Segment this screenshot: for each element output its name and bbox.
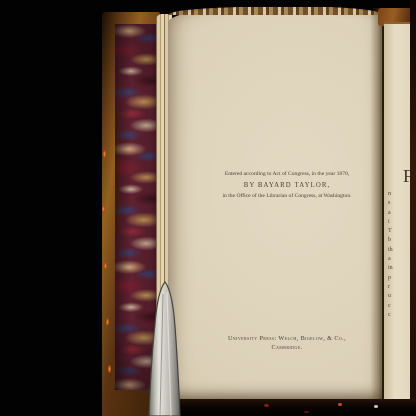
bottom-glint (374, 405, 378, 408)
imprint-line-2: Cambridge. (178, 344, 396, 353)
light-glint (103, 150, 106, 158)
light-glint (106, 318, 109, 326)
photo-open-book-scene: Entered according to Act of Congress, in… (0, 0, 416, 416)
bottom-glint (304, 411, 309, 413)
bottom-glint (264, 404, 269, 407)
light-glint (102, 205, 105, 213)
next-page-line-starts: n s a i T b th a in p r u c c (388, 190, 393, 320)
light-glint (108, 365, 111, 373)
light-glint (104, 262, 107, 270)
copyright-notice: Entered according to Act of Congress, in… (178, 171, 396, 200)
imprint-line-1: University Press: Welch, Bigelow, & Co., (178, 335, 396, 344)
copyright-line-1: Entered according to Act of Congress, in… (178, 171, 396, 178)
gilt-page-top-edge (168, 7, 382, 15)
copyright-author-line: BY BAYARD TAYLOR, (178, 182, 396, 190)
next-page-edge: F n s a i T b th a in p r u c c (384, 22, 412, 402)
letter-opener (136, 276, 192, 416)
book-bottom-shadow (156, 399, 416, 416)
letter-opener-blade (149, 282, 180, 416)
printer-imprint: University Press: Welch, Bigelow, & Co.,… (178, 335, 396, 352)
bottom-glint (338, 403, 342, 406)
right-cover-spine-strip (410, 0, 416, 416)
copyright-line-3: in the Office of the Librarian of Congre… (178, 193, 396, 200)
